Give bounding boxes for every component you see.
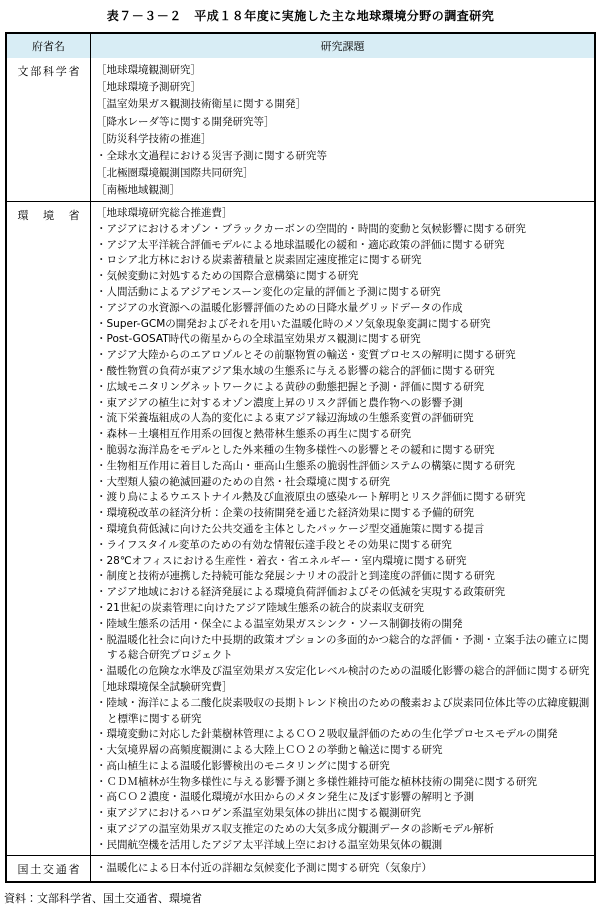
research-topic: ・温暖化による日本付近の詳細な気候変化予測に関する研究（気象庁） xyxy=(96,861,591,876)
research-topic: ［地球環境予測研究］ xyxy=(96,79,591,96)
research-topic: ［防災科学技術の推進］ xyxy=(96,131,591,148)
research-topic: ［降水レーダ等に関する開発研究等］ xyxy=(96,114,591,131)
topics-cell: ［地球環境観測研究］［地球環境予測研究］［温室効果ガス観測技術衛星に関する開発］… xyxy=(91,58,594,201)
research-topic: ・人間活動によるアジアモンスーン変化の定量的評価と予測に関する研究 xyxy=(96,285,591,301)
ministry-name-char: 国 xyxy=(18,861,29,877)
research-topic: ・21世紀の炭素管理に向けたアジア陸域生態系の統合的炭素収支研究 xyxy=(96,601,591,617)
research-topic: ・高山植生による温暖化影響検出のモニタリングに関する研究 xyxy=(96,759,591,775)
ministry-name: 国土交通省 xyxy=(18,861,80,877)
ministry-name-char: 省 xyxy=(69,207,80,223)
research-topic: ・全球水文過程における災害予測に関する研究等 xyxy=(96,148,591,165)
research-topic: ・アジア大陸からのエアロゾルとその前駆物質の輸送・変質プロセスの解明に関する研究 xyxy=(96,348,591,364)
table-row: 国土交通省・温暖化による日本付近の詳細な気候変化予測に関する研究（気象庁） xyxy=(7,855,594,881)
research-topic: ［地球環境保全試験研究費］ xyxy=(96,680,591,696)
ministry-name-char: 交 xyxy=(43,861,54,877)
page: { "title": "表７－３－２ 平成１８年度に実施した主な地球環境分野の調… xyxy=(0,0,601,907)
research-topic: ・アジアの水資源への温暖化影響評価のための日降水量グリッドデータの作成 xyxy=(96,301,591,317)
research-topic: ［地球環境観測研究］ xyxy=(96,62,591,79)
ministry-name-char: 省 xyxy=(69,861,80,877)
ministry-cell: 文部科学省 xyxy=(7,58,91,201)
research-table: 府省名 研究課題 文部科学省［地球環境観測研究］［地球環境予測研究］［温室効果ガ… xyxy=(5,32,596,883)
research-topic: ・ＣＤＭ植林が生物多様性に与える影響予測と多様性維持可能な植林技術の開発に関する… xyxy=(96,775,591,791)
research-topic: ・アジアにおけるオゾン・ブラックカーボンの空間的・時間的変動と気候影響に関する研… xyxy=(96,222,591,238)
ministry-name-char: 学 xyxy=(56,63,67,79)
table-body: 文部科学省［地球環境観測研究］［地球環境予測研究］［温室効果ガス観測技術衛星に関… xyxy=(7,58,594,881)
ministry-name-char: 文 xyxy=(18,63,29,79)
research-topic: ・環境変動に対応した針葉樹林管理によるＣＯ２吸収量評価のための生化学プロセスモデ… xyxy=(96,727,591,743)
research-topic: ・Super-GCMの開発およびそれを用いた温暖化時のメソ気象現象変調に関する研… xyxy=(96,317,591,333)
ministry-name-char: 境 xyxy=(43,207,54,223)
research-topic: ・広域モニタリングネットワークによる黄砂の動態把握と予測・評価に関する研究 xyxy=(96,380,591,396)
research-topic: ・脆弱な海洋島をモデルとした外来種の生物多様性への影響とその緩和に関する研究 xyxy=(96,443,591,459)
ministry-cell: 国土交通省 xyxy=(7,856,91,881)
ministry-name-char: 科 xyxy=(43,63,54,79)
research-topic: ・ロシア北方林における炭素蓄積量と炭素固定速度推定に関する研究 xyxy=(96,253,591,269)
topics-cell: ・温暖化による日本付近の詳細な気候変化予測に関する研究（気象庁） xyxy=(91,856,594,881)
research-topic: ・高ＣＯ２濃度・温暖化環境が水田からのメタン発生に及ぼす影響の解明と予測 xyxy=(96,790,591,806)
research-topic: ［温室効果ガス観測技術衛星に関する開発］ xyxy=(96,96,591,113)
topics-cell: ［地球環境研究総合推進費］・アジアにおけるオゾン・ブラックカーボンの空間的・時間… xyxy=(91,202,594,855)
ministry-name-char: 省 xyxy=(69,63,80,79)
research-topic: ・東アジアにおけるハロゲン系温室効果気体の排出に関する観測研究 xyxy=(96,806,591,822)
research-topic: ・酸性物質の負荷が東アジア集水域の生態系に与える影響の総合的評価に関する研究 xyxy=(96,364,591,380)
ministry-name: 文部科学省 xyxy=(18,63,80,79)
research-topic: ・気候変動に対処するための国際合意構築に関する研究 xyxy=(96,269,591,285)
research-topic: ・環境負荷低減に向けた公共交通を主体としたパッケージ型交通施策に関する提言 xyxy=(96,522,591,538)
research-topic: ・陸域生態系の活用・保全による温室効果ガスシンク・ソース制御技術の開発 xyxy=(96,617,591,633)
ministry-name-char: 環 xyxy=(18,207,29,223)
ministry-cell: 環境省 xyxy=(7,202,91,855)
research-topic: ・温暖化の危険な水準及び温室効果ガス安定化レベル検討のための温暖化影響の総合的評… xyxy=(96,664,591,680)
research-topic: ［地球環境研究総合推進費］ xyxy=(96,206,591,222)
research-topic: ・生物相互作用に着目した高山・亜高山生態系の脆弱性評価システムの構築に関する研究 xyxy=(96,459,591,475)
table-row: 環境省［地球環境研究総合推進費］・アジアにおけるオゾン・ブラックカーボンの空間的… xyxy=(7,201,594,855)
research-topic: ・環境税改革の経済分析：企業の技術開発を通じた経済効果に関する予備的研究 xyxy=(96,506,591,522)
research-topic: ・制度と技術が連携した持続可能な発展シナリオの設計と到達度の評価に関する研究 xyxy=(96,569,591,585)
research-topic: ［南極地域観測］ xyxy=(96,182,591,199)
research-topic: ・大気境界層の高頻度観測による大陸上ＣＯ２の挙動と輸送に関する研究 xyxy=(96,743,591,759)
ministry-name: 環境省 xyxy=(18,207,80,223)
source-note: 資料：文部科学省、国土交通省、環境省 xyxy=(4,890,601,906)
research-topic: ［北極圏環境観測国際共同研究］ xyxy=(96,165,591,182)
research-topic: ・渡り鳥によるウエストナイル熱及び血液原虫の感染ルート解明とリスク評価に関する研… xyxy=(96,490,591,506)
ministry-name-char: 部 xyxy=(30,63,41,79)
ministry-column-header: 府省名 xyxy=(7,34,91,58)
research-topic: ・ライフスタイル変革のための有効な情報伝達手段とその効果に関する研究 xyxy=(96,538,591,554)
research-topic: ・大型類人猿の絶滅回避のための自然・社会環境に関する研究 xyxy=(96,475,591,491)
research-topic: ・脱温暖化社会に向けた中長期的政策オプションの多面的かつ総合的な評価・予測・立案… xyxy=(96,633,591,665)
research-topic: ・森林－土壌相互作用系の回復と熱帯林生態系の再生に関する研究 xyxy=(96,427,591,443)
research-topic: ・東アジアの温室効果ガス収支推定のための大気多成分観測データの診断モデル解析 xyxy=(96,822,591,838)
research-topic: ・アジア地域における経済発展による環境負荷評価およびその低減を実現する政策研究 xyxy=(96,585,591,601)
table-row: 文部科学省［地球環境観測研究］［地球環境予測研究］［温室効果ガス観測技術衛星に関… xyxy=(7,58,594,201)
research-topic: ・28℃オフィスにおける生産性・着衣・省エネルギー・室内環境に関する研究 xyxy=(96,554,591,570)
ministry-name-char: 通 xyxy=(56,861,67,877)
ministry-name-char: 土 xyxy=(30,861,41,877)
page-title: 表７－３－２ 平成１８年度に実施した主な地球環境分野の調査研究 xyxy=(0,7,601,24)
topics-column-header: 研究課題 xyxy=(91,34,594,58)
research-topic: ・民間航空機を活用したアジア太平洋域上空における温室効果気体の観測 xyxy=(96,838,591,854)
research-topic: ・アジア太平洋統合評価モデルによる地球温暖化の緩和・適応政策の評価に関する研究 xyxy=(96,238,591,254)
research-topic: ・Post-GOSAT時代の衛星からの全球温室効果ガス観測に関する研究 xyxy=(96,332,591,348)
research-topic: ・陸域・海洋による二酸化炭素吸収の長期トレンド検出のための酸素および炭素同位体比… xyxy=(96,696,591,728)
table-header-row: 府省名 研究課題 xyxy=(7,34,594,58)
research-topic: ・流下栄養塩組成の人為的変化による東アジア縁辺海域の生態系変質の評価研究 xyxy=(96,411,591,427)
research-topic: ・東アジアの植生に対するオゾン濃度上昇のリスク評価と農作物への影響予測 xyxy=(96,396,591,412)
